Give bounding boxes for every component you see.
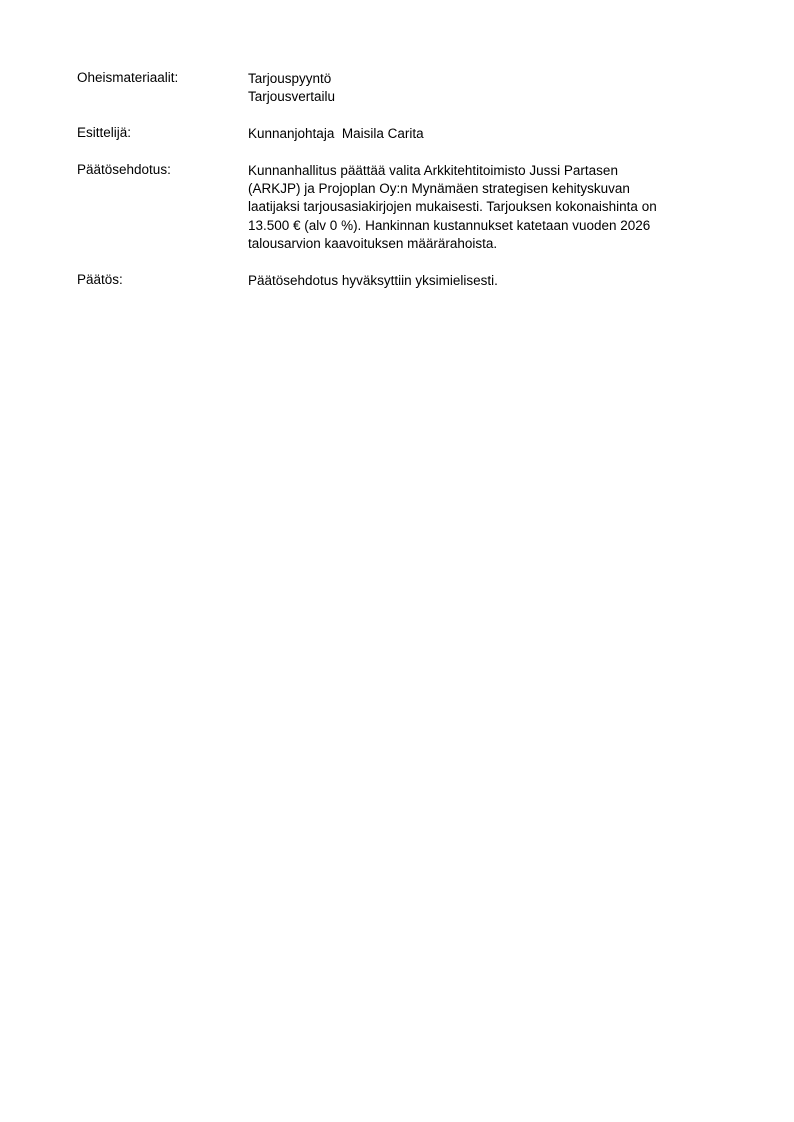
proposal-line: Kunnanhallitus päättää valita Arkkitehti… xyxy=(248,162,740,180)
presenter-value: Kunnanjohtaja Maisila Carita xyxy=(248,125,740,143)
proposal-label: Päätösehdotus: xyxy=(77,162,171,177)
decision-value: Päätösehdotus hyväksyttiin yksimielisest… xyxy=(248,272,740,290)
proposal-line: talousarvion kaavoituksen määrärahoista. xyxy=(248,235,740,253)
attachments-value: Tarjouspyyntö Tarjousvertailu xyxy=(248,70,740,106)
proposal-line: laatijaksi tarjousasiakirjojen mukaisest… xyxy=(248,198,740,216)
proposal-line: (ARKJP) ja Projoplan Oy:n Mynämäen strat… xyxy=(248,180,740,198)
attachment-item: Tarjousvertailu xyxy=(248,88,740,106)
proposal-text: Kunnanhallitus päättää valita Arkkitehti… xyxy=(248,162,740,253)
decision-label: Päätös: xyxy=(77,272,123,287)
presenter-label: Esittelijä: xyxy=(77,125,131,140)
attachment-item: Tarjouspyyntö xyxy=(248,70,740,88)
attachments-label: Oheismateriaalit: xyxy=(77,70,178,85)
proposal-line: 13.500 € (alv 0 %). Hankinnan kustannuks… xyxy=(248,217,740,235)
decision-text: Päätösehdotus hyväksyttiin yksimielisest… xyxy=(248,272,740,290)
presenter-name: Kunnanjohtaja Maisila Carita xyxy=(248,125,740,143)
